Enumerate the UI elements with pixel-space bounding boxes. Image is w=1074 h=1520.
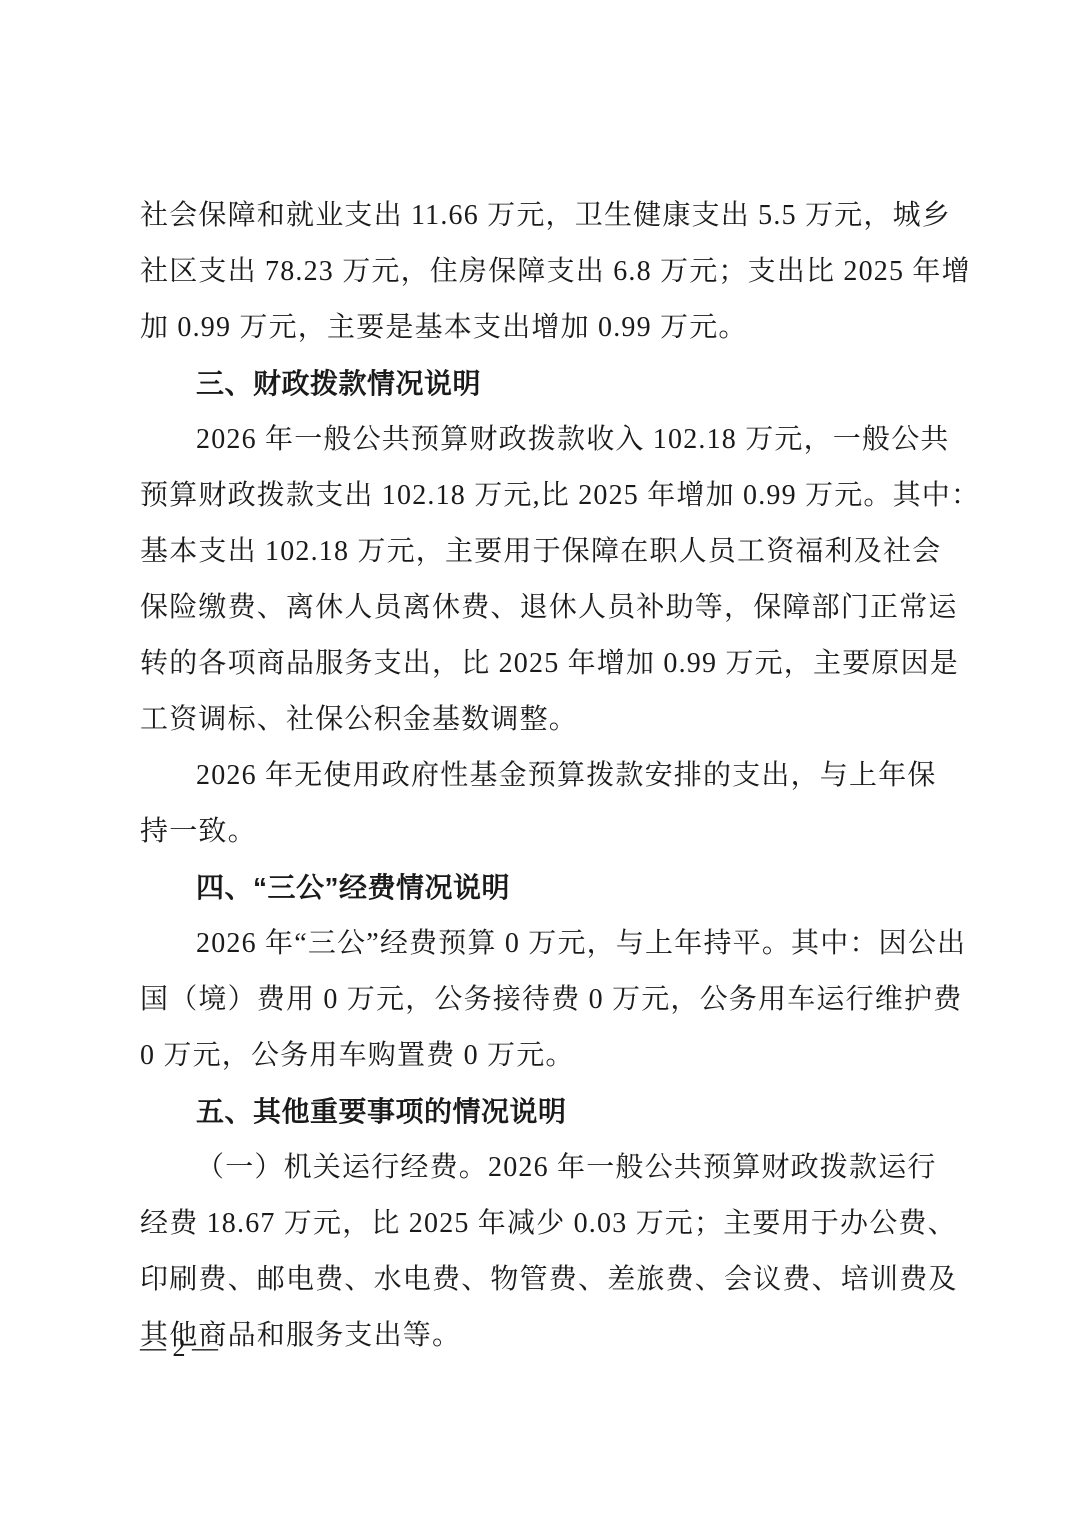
section-heading-other-matters: 五、其他重要事项的情况说明	[196, 1092, 567, 1132]
paragraph-line: 工资调标、社保公积金基数调整。	[140, 700, 578, 740]
paragraph-line: （一）机关运行经费。2026 年一般公共预算财政拨款运行	[196, 1148, 936, 1188]
paragraph-line: 保险缴费、离休人员离休费、退休人员补助等，保障部门正常运	[140, 588, 936, 628]
paragraph-line: 社会保障和就业支出 11.66 万元，卫生健康支出 5.5 万元，城乡	[140, 196, 936, 236]
paragraph-line: 持一致。	[140, 812, 257, 852]
paragraph-line: 2026 年一般公共预算财政拨款收入 102.18 万元，一般公共	[196, 420, 936, 460]
section-heading-fiscal-appropriation: 三、财政拨款情况说明	[196, 364, 481, 404]
paragraph-line: 经费 18.67 万元，比 2025 年减少 0.03 万元；主要用于办公费、	[140, 1204, 936, 1244]
paragraph-line: 2026 年“三公”经费预算 0 万元，与上年持平。其中：因公出	[196, 924, 936, 964]
paragraph-line: 印刷费、邮电费、水电费、物管费、差旅费、会议费、培训费及	[140, 1260, 936, 1300]
paragraph-line: 国（境）费用 0 万元，公务接待费 0 万元，公务用车运行维护费	[140, 980, 936, 1020]
paragraph-line: 预算财政拨款支出 102.18 万元,比 2025 年增加 0.99 万元。其中…	[140, 476, 936, 516]
paragraph-line: 基本支出 102.18 万元，主要用于保障在职人员工资福利及社会	[140, 532, 936, 572]
page-number: — 2 —	[140, 1330, 218, 1366]
paragraph-line: 转的各项商品服务支出，比 2025 年增加 0.99 万元，主要原因是	[140, 644, 936, 684]
paragraph-line: 0 万元，公务用车购置费 0 万元。	[140, 1036, 575, 1076]
section-heading-three-public-expenses: 四、“三公”经费情况说明	[196, 868, 510, 908]
paragraph-line: 社区支出 78.23 万元，住房保障支出 6.8 万元；支出比 2025 年增	[140, 252, 936, 292]
paragraph-line: 2026 年无使用政府性基金预算拨款安排的支出，与上年保	[196, 756, 936, 796]
paragraph-line: 加 0.99 万元，主要是基本支出增加 0.99 万元。	[140, 308, 748, 348]
